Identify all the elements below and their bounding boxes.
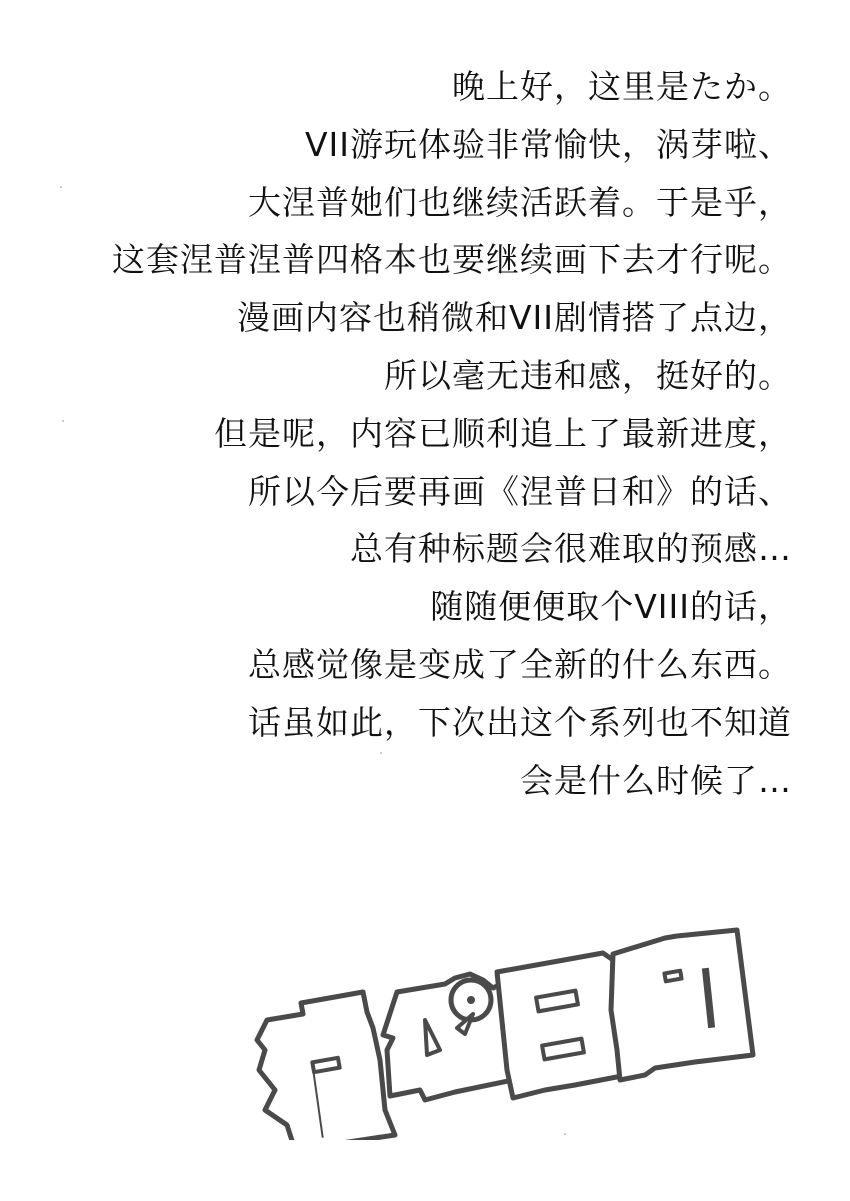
logo-ne-detail bbox=[312, 1058, 339, 1072]
scan-speck bbox=[60, 186, 62, 188]
afterword-line: 随随便便取个VIII的话， bbox=[32, 578, 792, 636]
logo-char-hi bbox=[497, 953, 627, 1098]
scan-speck bbox=[62, 420, 64, 422]
afterword-line: VII游玩体验非常愉快，涡芽啦、 bbox=[32, 116, 792, 174]
scan-speck bbox=[564, 1133, 566, 1135]
afterword-line: 所以毫无违和感，挺好的。 bbox=[32, 347, 792, 405]
afterword-line: 总感觉像是变成了全新的什么东西。 bbox=[32, 636, 792, 694]
logo-char-wa bbox=[611, 930, 753, 1080]
logo-char-pu bbox=[383, 974, 513, 1100]
nep-biyori-logo: ねぷ日和 bbox=[245, 910, 805, 1140]
manga-afterword-page: 晚上好，这里是たか。 VII游玩体验非常愉快，涡芽啦、 大涅普她们也继续活跃着。… bbox=[0, 0, 850, 1201]
afterword-text: 晚上好，这里是たか。 VII游玩体验非常愉快，涡芽啦、 大涅普她们也继续活跃着。… bbox=[32, 58, 792, 809]
afterword-line: 但是呢，内容已顺利追上了最新进度， bbox=[32, 405, 792, 463]
logo-graphic: ねぷ日和 bbox=[245, 910, 805, 1140]
afterword-line: 漫画内容也稍微和VII剧情搭了点边， bbox=[32, 289, 792, 347]
afterword-line: 晚上好，这里是たか。 bbox=[32, 58, 792, 116]
afterword-line: 大涅普她们也继续活跃着。于是乎， bbox=[32, 174, 792, 232]
afterword-line: 总有种标题会很难取的预感… bbox=[32, 520, 792, 578]
logo-handakuten-dot bbox=[467, 996, 475, 1004]
afterword-line: 话虽如此，下次出这个系列也不知道 bbox=[32, 694, 792, 752]
afterword-line: 会是什么时候了… bbox=[32, 752, 792, 810]
logo-wa-detail bbox=[664, 971, 681, 982]
afterword-line: 这套涅普涅普四格本也要继续画下去才行呢。 bbox=[32, 231, 792, 289]
scan-speck bbox=[380, 752, 382, 754]
afterword-line: 所以今后要再画《涅普日和》的话、 bbox=[32, 463, 792, 521]
